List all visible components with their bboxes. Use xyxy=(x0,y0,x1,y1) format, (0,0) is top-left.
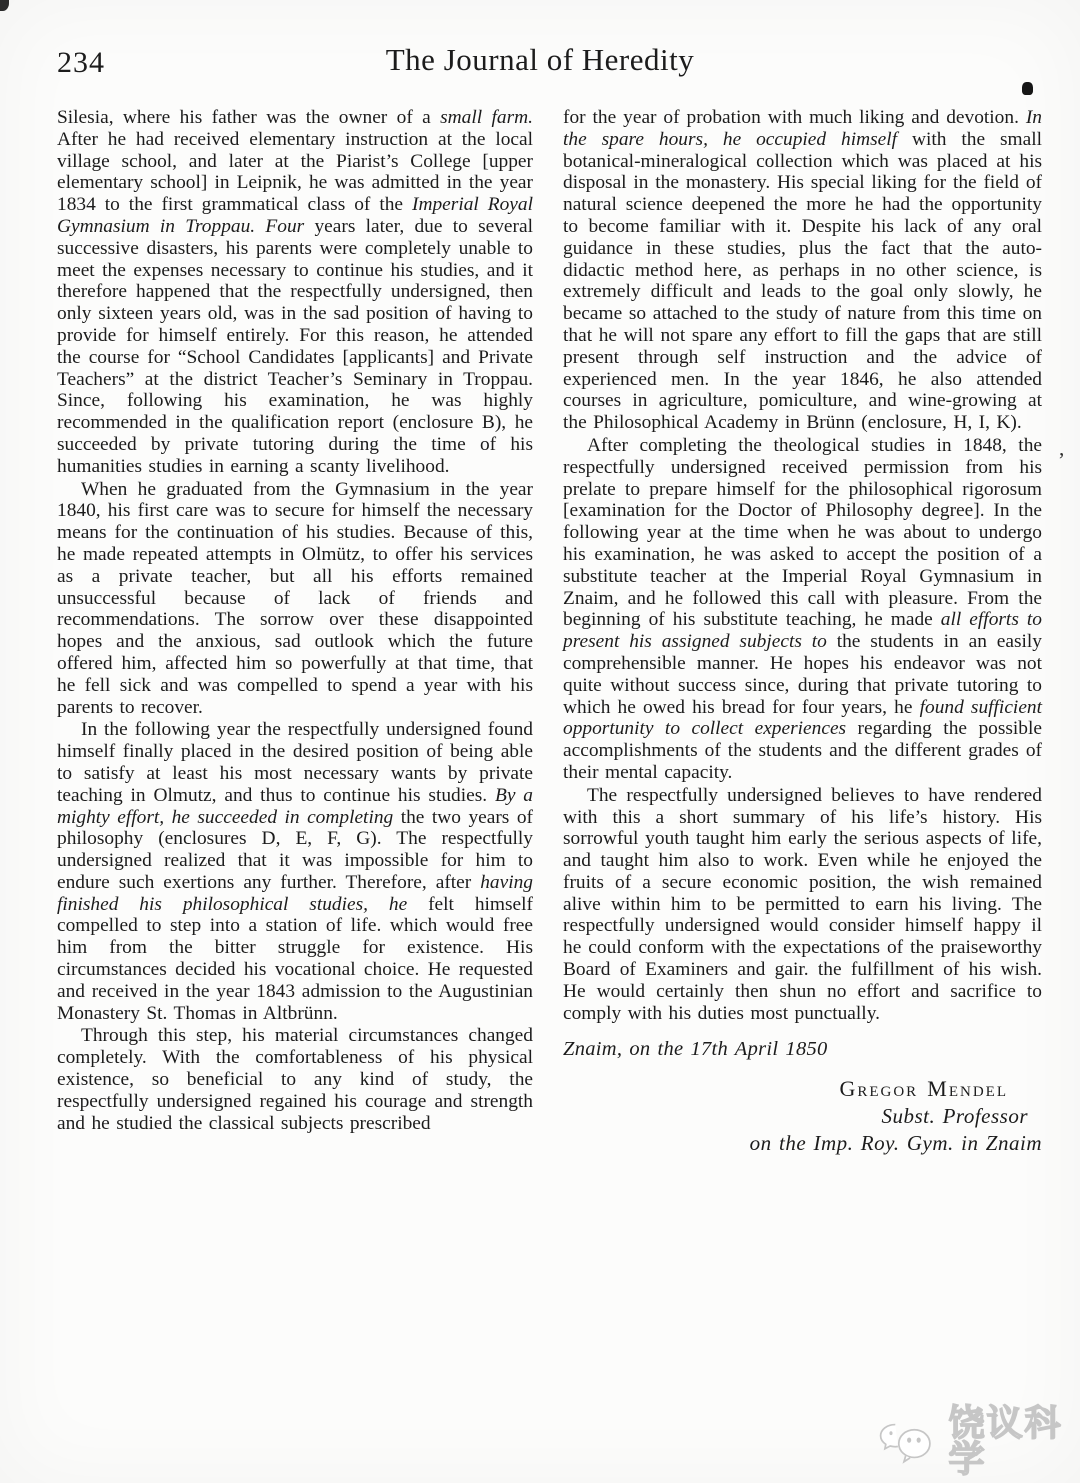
watermark: 饶议科学 xyxy=(878,1405,1080,1477)
scan-artifact-tick: ’ xyxy=(1058,448,1065,473)
right-column-paragraphs: for the year of probation with much liki… xyxy=(563,107,1042,1024)
signature-line: Gregor Mendel xyxy=(563,1075,1042,1103)
paragraph: In the following year the respectfully u… xyxy=(57,719,533,1024)
paragraph: Silesia, where his father was the owner … xyxy=(57,107,533,478)
paragraph: for the year of probation with much liki… xyxy=(563,107,1042,434)
scan-artifact-blob xyxy=(1022,82,1033,95)
scan-artifact-corner xyxy=(0,0,9,11)
signature-line: Subst. Professor xyxy=(563,1103,1042,1131)
signature-line: on the Imp. Roy. Gym. in Znaim xyxy=(563,1130,1042,1158)
paragraph: The respectfully undersigned believes to… xyxy=(563,785,1042,1025)
paragraph: After completing the theological studies… xyxy=(563,435,1042,784)
watermark-text: 饶议科学 xyxy=(948,1405,1080,1477)
left-column: Silesia, where his father was the owner … xyxy=(57,107,533,1134)
journal-title: The Journal of Heredity xyxy=(0,42,1080,78)
right-column: for the year of probation with much liki… xyxy=(563,107,1042,1158)
journal-page-scan: ’ 234 The Journal of Heredity Silesia, w… xyxy=(0,0,1080,1483)
paragraph: When he graduated from the Gymnasium in … xyxy=(57,479,533,719)
chat-bubbles-icon xyxy=(878,1414,945,1468)
signature-block: Gregor MendelSubst. Professoron the Imp.… xyxy=(563,1075,1042,1158)
paragraph: Through this step, his material circumst… xyxy=(57,1025,533,1134)
dateline: Znaim, on the 17th April 1850 xyxy=(563,1039,1042,1061)
